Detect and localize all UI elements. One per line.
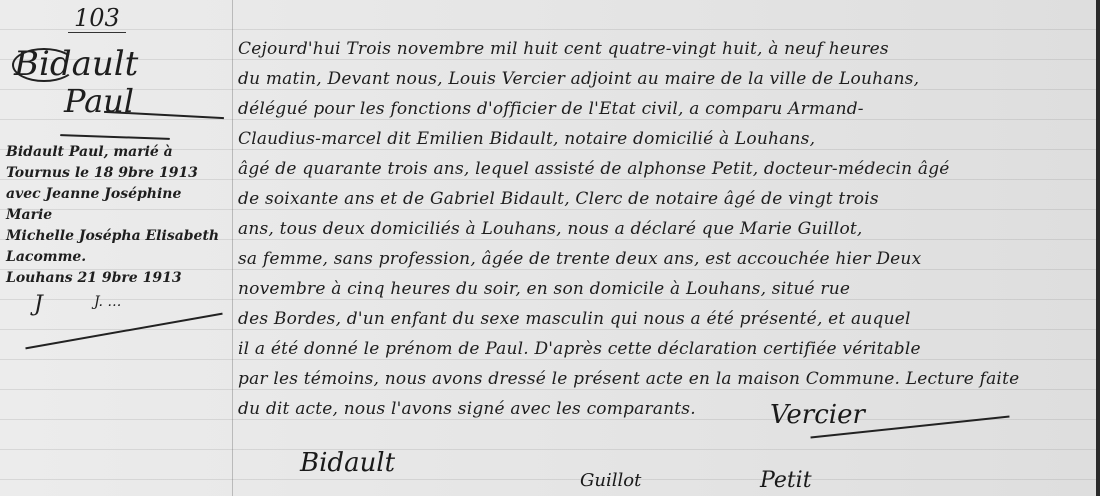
body-line: du matin, Devant nous, Louis Vercier adj…: [238, 64, 1088, 94]
marginal-annotation: Bidault Paul, marié à Tournus le 18 9bre…: [6, 142, 226, 289]
surname-heading: Bidault: [14, 44, 138, 84]
margin-rule: [232, 0, 233, 496]
entry-number: 103: [68, 4, 126, 33]
body-line: Cejourd'hui Trois novembre mil huit cent…: [238, 34, 1088, 64]
annotation-line: Michelle Josépha Elisabeth: [6, 226, 226, 247]
annotation-line: Lacomme.: [6, 247, 226, 268]
register-page: 103 Bidault Paul Bidault Paul, marié à T…: [0, 0, 1100, 496]
body-line: du dit acte, nous l'avons signé avec les…: [238, 394, 1088, 424]
body-line: sa femme, sans profession, âgée de trent…: [238, 244, 1088, 274]
annotation-line: Bidault Paul, marié à: [6, 142, 226, 163]
annotation-line: Tournus le 18 9bre 1913: [6, 163, 226, 184]
body-line: âgé de quarante trois ans, lequel assist…: [238, 154, 1088, 184]
witness-signature: Petit: [760, 468, 812, 493]
body-line: il a été donné le prénom de Paul. D'aprè…: [238, 334, 1088, 364]
body-line: Claudius-marcel dit Emilien Bidault, not…: [238, 124, 1088, 154]
margin-column: 103 Bidault Paul Bidault Paul, marié à T…: [0, 0, 232, 496]
annotation-line: Louhans 21 9bre 1913: [6, 268, 226, 289]
annotation-signature-text: J. …: [94, 294, 121, 310]
body-line: novembre à cinq heures du soir, en son d…: [238, 274, 1088, 304]
page-edge: [1096, 0, 1100, 496]
body-line: délégué pour les fonctions d'officier de…: [238, 94, 1088, 124]
witness-signature: Guillot: [580, 470, 641, 491]
annotation-signature-initial: J: [34, 292, 43, 317]
body-line: ans, tous deux domiciliés à Louhans, nou…: [238, 214, 1088, 244]
body-line: par les témoins, nous avons dressé le pr…: [238, 364, 1088, 394]
witness-signature: Bidault: [300, 448, 395, 478]
annotation-line: avec Jeanne Joséphine Marie: [6, 184, 226, 226]
body-line: de soixante ans et de Gabriel Bidault, C…: [238, 184, 1088, 214]
record-body: Cejourd'hui Trois novembre mil huit cent…: [238, 34, 1088, 424]
annotation-signature: J J. …: [14, 290, 214, 346]
body-line: des Bordes, d'un enfant du sexe masculin…: [238, 304, 1088, 334]
signature-underline: [25, 313, 222, 350]
given-name-heading: Paul: [64, 82, 134, 120]
flourish-divider: [60, 134, 170, 140]
